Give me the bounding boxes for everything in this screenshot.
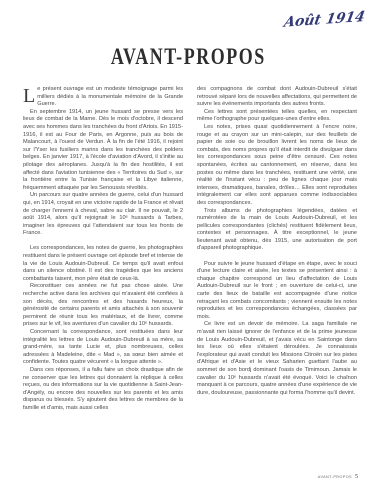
paragraph-spacer xyxy=(197,253,357,261)
page-title: AVANT-PROPOS xyxy=(0,44,377,70)
paragraph: En septembre 1914, un jeune hussard se p… xyxy=(23,109,183,193)
paragraph: Les correspondances, les notes de guerre… xyxy=(23,245,183,283)
paragraph: Un parcours sur quatre années de guerre,… xyxy=(23,192,183,238)
paragraph: Dans ces réponses, il a fallu faire un c… xyxy=(23,367,183,413)
right-column: des compagnons de combat dont Audouin-Du… xyxy=(197,86,357,413)
left-column: Le présent ouvrage est un modeste témoig… xyxy=(23,86,183,413)
opening-paragraph: Le présent ouvrage est un modeste témoig… xyxy=(23,86,183,109)
paragraph: Trois albums de photographies légendées,… xyxy=(197,208,357,254)
book-page: Août 1914 AVANT-PROPOS Le présent ouvrag… xyxy=(0,0,377,500)
footer-section-label: AVANT-PROPOS xyxy=(318,475,352,479)
page-header: AVANT-PROPOS xyxy=(0,44,377,70)
footer-page-number: 5 xyxy=(355,474,358,480)
page-footer: AVANT-PROPOS 5 xyxy=(318,474,358,480)
paragraph: Pour suivre le jeune hussard d'étape en … xyxy=(197,261,357,322)
paragraph: Les notes, prises quasi quotidiennement … xyxy=(197,124,357,208)
paragraph: Concernant la correspondance, sont resti… xyxy=(23,329,183,367)
paragraph: des compagnons de combat dont Audouin-Du… xyxy=(197,86,357,109)
paragraph: Reconstituer ces années ne fut pas chose… xyxy=(23,283,183,329)
handwritten-date-annotation: Août 1914 xyxy=(283,9,366,31)
paragraph: Ce livre est un devoir de mémoire. La sa… xyxy=(197,321,357,397)
opening-paragraph-text: e présent ouvrage est un modeste témoign… xyxy=(37,86,183,107)
paragraph: Ces lettres sont présentées telles quell… xyxy=(197,109,357,124)
paragraph-spacer xyxy=(23,238,183,246)
drop-cap: L xyxy=(23,86,37,104)
article-body: Le présent ouvrage est un modeste témoig… xyxy=(0,86,377,413)
